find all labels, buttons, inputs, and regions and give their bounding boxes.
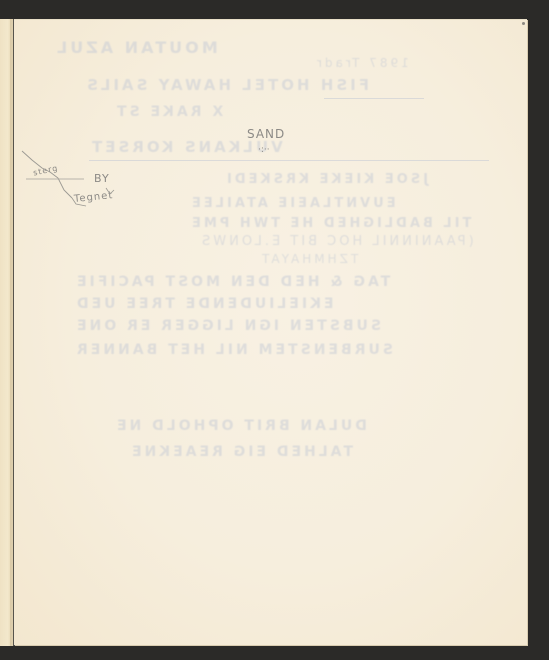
notebook-page: MOUTAN AZUL 1987 Tradr FISH HOTEL HAWAY …: [14, 19, 527, 645]
pencil-strokes: [14, 20, 527, 645]
scan-viewport: MOUTAN AZUL 1987 Tradr FISH HOTEL HAWAY …: [0, 0, 549, 660]
